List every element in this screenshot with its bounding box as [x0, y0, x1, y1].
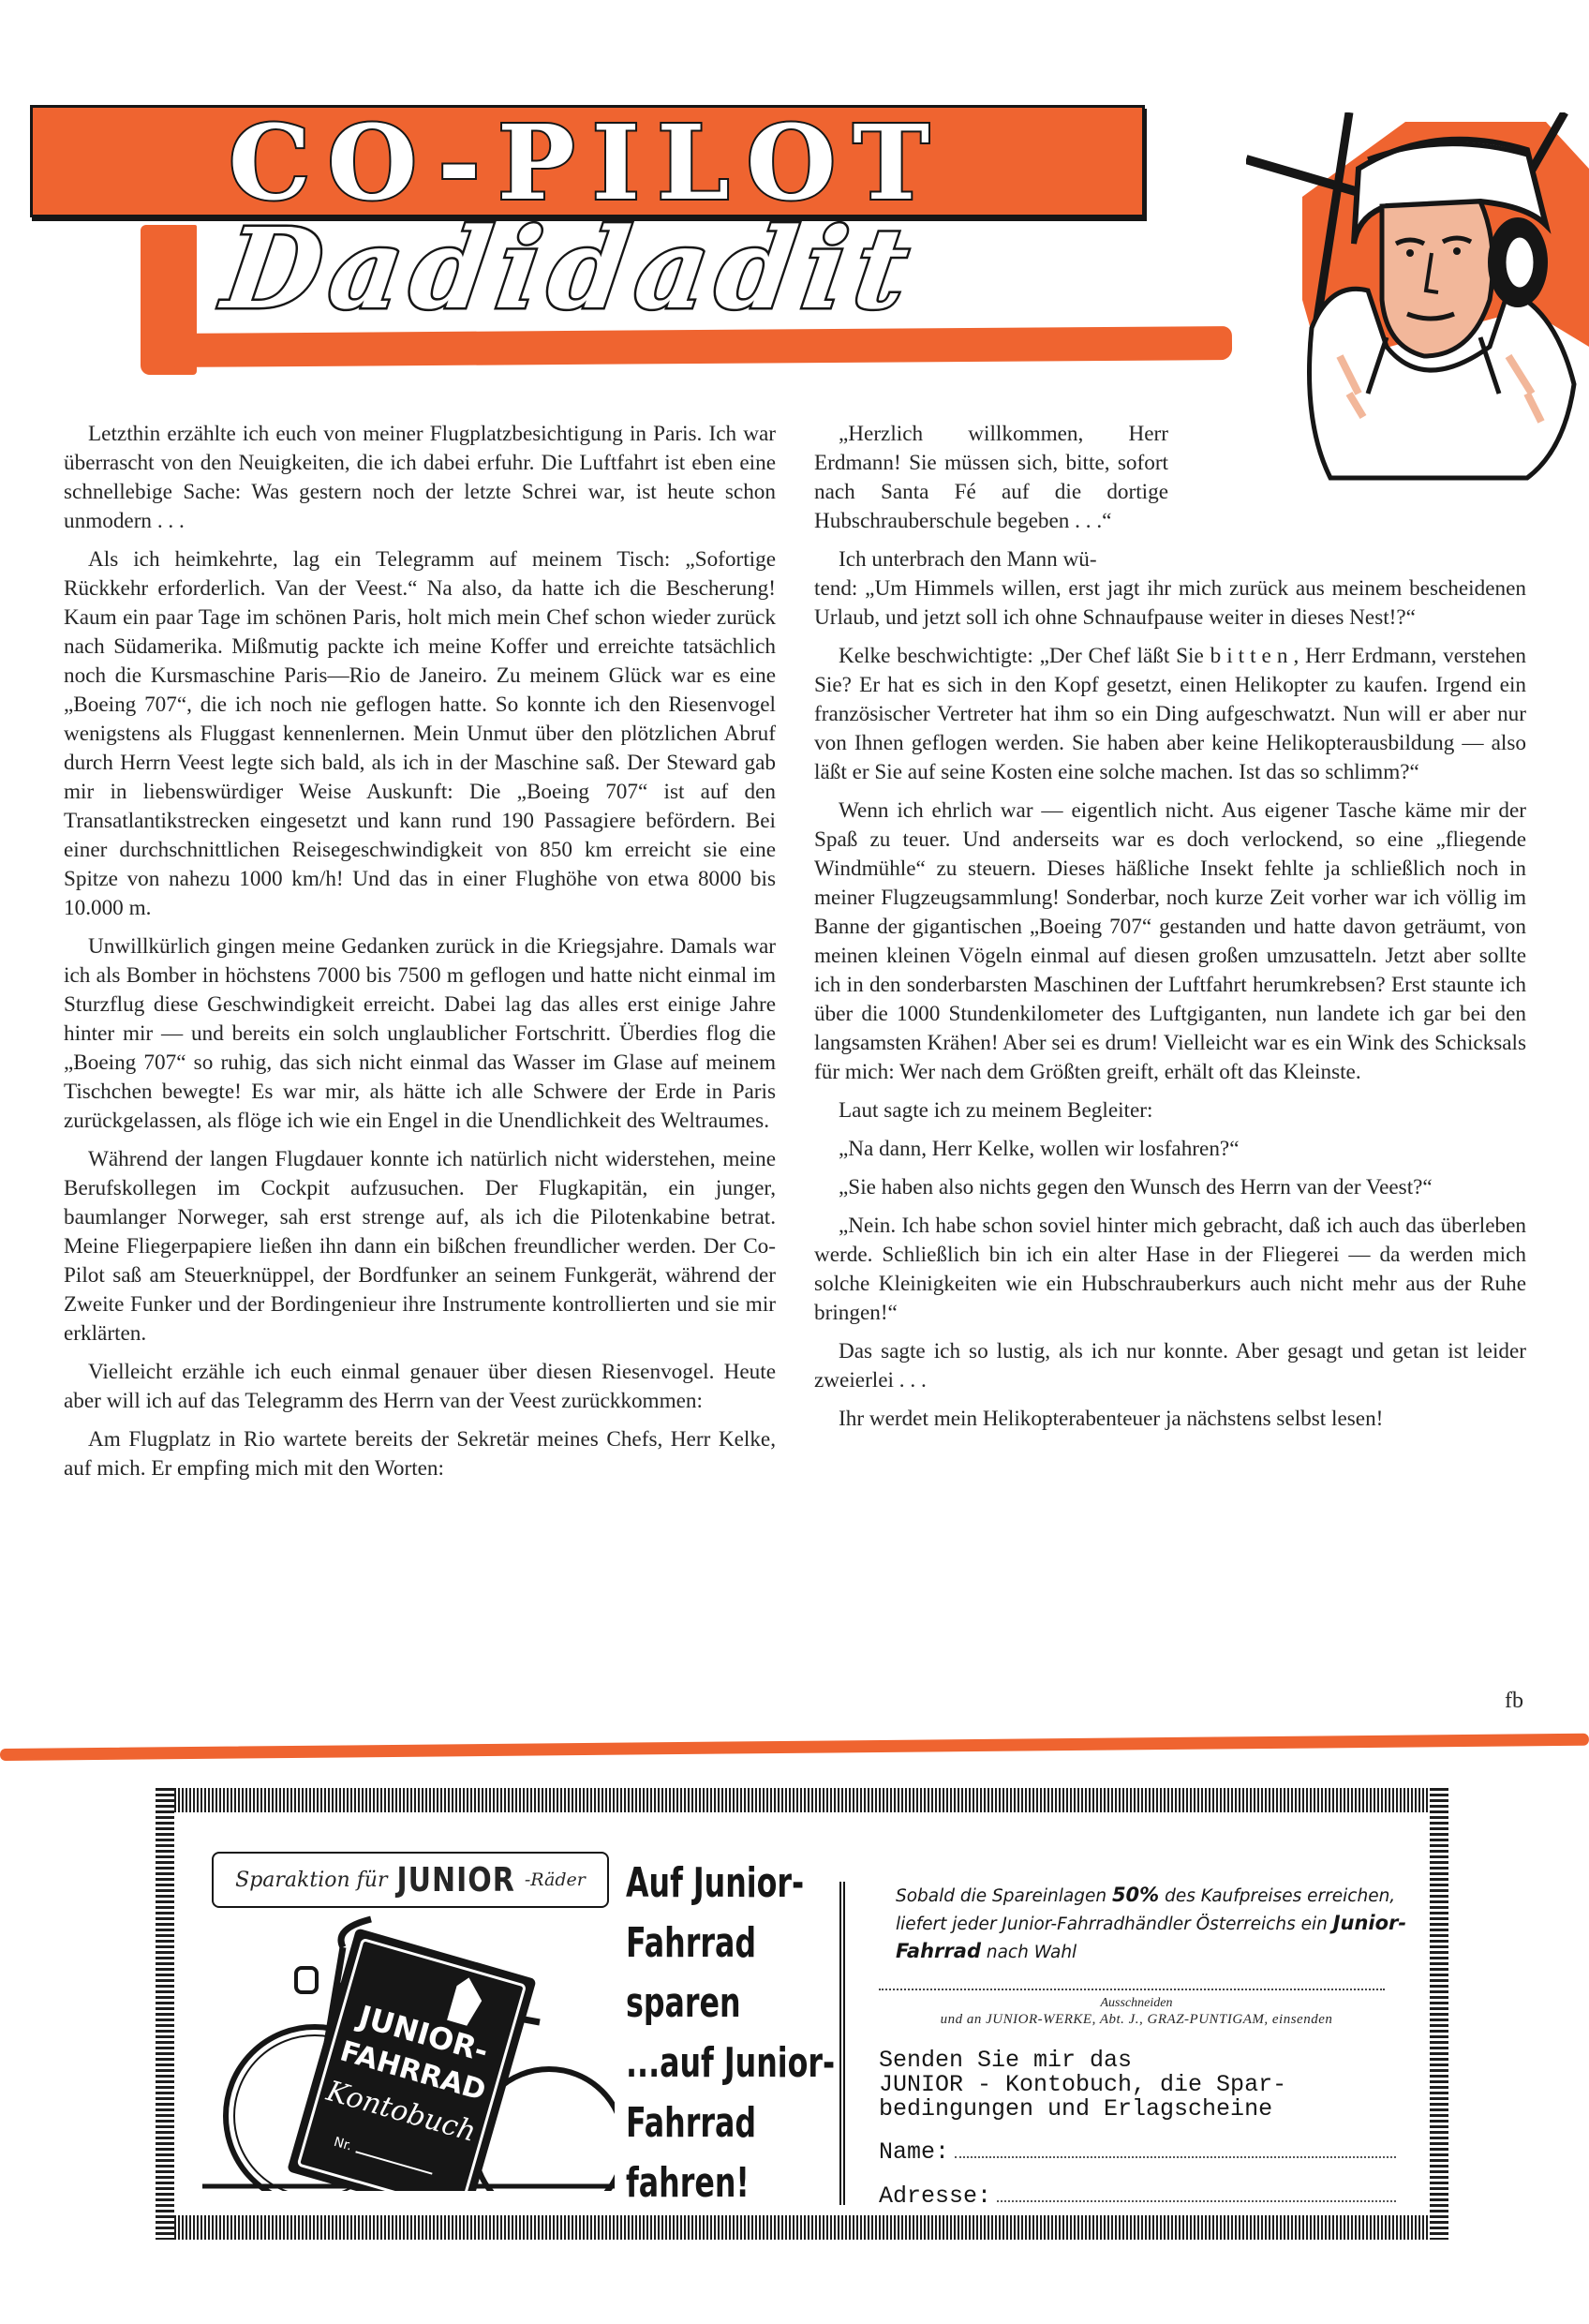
slogan-line: sparen	[626, 1974, 767, 2033]
paragraph: Letzthin erzählte ich euch von meiner Fl…	[64, 420, 776, 536]
bicycle-with-savings-book-icon: JUNIOR- FAHRRAD Kontobuch Nr.	[202, 1910, 615, 2191]
ad-banner: Sparaktion für JUNIOR -Räder	[212, 1852, 609, 1908]
coupon-info: Sobald die Spareinlagen 50% des Kaufprei…	[860, 1882, 1413, 1966]
paragraph: Kelke beschwichtigte: „Der Chef läßt Sie…	[814, 642, 1526, 787]
paragraph: Am Flugplatz in Rio wartete bereits der …	[64, 1425, 776, 1483]
text-run: nach Wahl	[981, 1943, 1077, 1962]
article-body: Letzthin erzählte ich euch von meiner Fl…	[64, 420, 1525, 1713]
text-run: Kelke beschwichtigte: „Der Chef läßt Sie	[839, 644, 1210, 668]
text-run: Sobald die Spareinlagen	[896, 1886, 1112, 1906]
ad-border-left	[156, 1788, 174, 2240]
address-field[interactable]: Adresse:	[860, 2182, 1413, 2210]
slogan-line: ...auf Junior-	[626, 2033, 767, 2093]
ad-border-bottom	[156, 2215, 1448, 2240]
paragraph: Ihr werdet mein Helikopterabenteuer ja n…	[814, 1405, 1526, 1434]
paragraph: „Herzlich willkommen, Herr Erdmann! Sie …	[814, 420, 1168, 536]
mail-address: und an JUNIOR-WERKE, Abt. J., GRAZ-PUNTI…	[860, 2011, 1413, 2028]
paragraph: Wenn ich ehrlich war — eigentlich nicht.…	[814, 797, 1526, 1087]
orange-divider	[0, 1734, 1589, 1761]
paragraph: Während der langen Flugdauer konnte ich …	[64, 1145, 776, 1348]
cut-label: Ausschneiden	[860, 1996, 1413, 2011]
paragraph: „Sie haben also nichts gegen den Wunsch …	[814, 1173, 1526, 1202]
percent-text: 50%	[1112, 1884, 1159, 1906]
ad-border-right	[1430, 1788, 1448, 2240]
emphasis-text: bitten	[1210, 644, 1294, 668]
banner-suffix-text: -Räder	[525, 1870, 586, 1890]
page-subtitle: Dadidadit	[216, 214, 1245, 335]
paragraph: „Nein. Ich habe schon soviel hinter mich…	[814, 1212, 1526, 1328]
title-banner: CO-PILOT	[30, 105, 1145, 217]
author-signature: fb	[1505, 1689, 1523, 1714]
paragraph: Das sagte ich so lustig, als ich nur kon…	[814, 1337, 1526, 1395]
address-input-line[interactable]	[997, 2183, 1396, 2202]
slogan-line: Fahrrad	[626, 1914, 767, 1974]
name-field[interactable]: Name:	[860, 2138, 1413, 2166]
name-input-line[interactable]	[955, 2139, 1396, 2158]
ad-border-top	[156, 1788, 1448, 1812]
coupon-divider	[839, 1882, 845, 2205]
address-label: Adresse:	[879, 2182, 991, 2210]
paragraph: Laut sagte ich zu meinem Begleiter:	[814, 1096, 1526, 1125]
paragraph: „Na dann, Herr Kelke, wollen wir losfahr…	[814, 1135, 1526, 1164]
name-label: Name:	[879, 2138, 949, 2166]
ad-slogan: Auf Junior- Fahrrad sparen ...auf Junior…	[626, 1854, 767, 2213]
paragraph: Ich unterbrach den Mann wü-	[814, 545, 1168, 574]
coupon-request-text: Senden Sie mir das JUNIOR - Kontobuch, d…	[860, 2048, 1413, 2122]
banner-script-text: Sparaktion für	[235, 1869, 387, 1892]
slogan-line: Fahrrad	[626, 2093, 767, 2153]
order-coupon[interactable]: Sobald die Spareinlagen 50% des Kaufprei…	[860, 1882, 1413, 2210]
page-title: CO-PILOT	[229, 112, 946, 215]
paragraph: Unwillkürlich gingen meine Gedanken zurü…	[64, 932, 776, 1136]
paragraph: tend: „Um Himmels willen, erst jagt ihr …	[814, 574, 1526, 633]
cut-line	[879, 1989, 1385, 1990]
article-left-column: Letzthin erzählte ich euch von meiner Fl…	[64, 420, 776, 1493]
junior-bicycle-advertisement: Sparaktion für JUNIOR -Räder JUNIOR- FAH…	[156, 1788, 1448, 2240]
article-right-column: „Herzlich willkommen, Herr Erdmann! Sie …	[814, 420, 1526, 1443]
banner-brand-text: JUNIOR	[396, 1860, 514, 1899]
paragraph: Vielleicht erzähle ich euch einmal genau…	[64, 1358, 776, 1416]
paragraph: Als ich heimkehrte, lag ein Telegramm au…	[64, 545, 776, 923]
slogan-line: Auf Junior-	[626, 1854, 767, 1914]
slogan-line: fahren!	[626, 2153, 767, 2213]
